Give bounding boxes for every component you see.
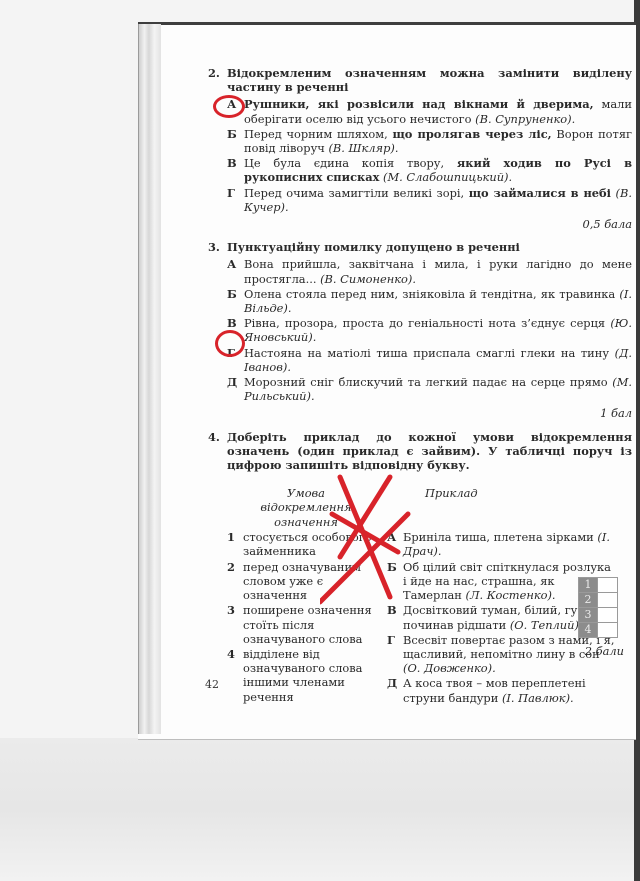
column-header-example: Приклад	[425, 486, 478, 500]
question-number: 4.	[208, 430, 220, 444]
answer-cell[interactable]	[597, 608, 617, 622]
column-header-condition: Умова відокремлення означення	[241, 486, 371, 529]
option-g[interactable]: Г Настояна на матіолі тиша приспала смаг…	[227, 346, 632, 374]
question-2: 2. Відокремленим означенням можна заміни…	[208, 66, 632, 231]
condition-item: 1стосується особового займенника	[227, 530, 379, 558]
answer-row: 3	[579, 608, 617, 623]
answer-cell[interactable]	[597, 593, 617, 607]
condition-item: 4відділене від означуваного слова іншими…	[227, 647, 379, 704]
answer-cell[interactable]	[597, 578, 617, 592]
page-number: 42	[205, 678, 219, 691]
answer-cell[interactable]	[597, 623, 617, 637]
question-score: 0,5 бала	[227, 217, 632, 231]
conditions-list: 1стосується особового займенника 2перед …	[227, 530, 379, 704]
example-item: АБриніла тиша, плетена зірками (І. Драч)…	[387, 530, 615, 558]
condition-item: 2перед означуваним словом уже є означенн…	[227, 560, 379, 603]
book-spine	[138, 24, 161, 734]
option-b[interactable]: Б Перед чорним шляхом, що пролягав через…	[227, 127, 632, 155]
question-prompt: Доберіть приклад до кожної умови відокре…	[227, 430, 632, 473]
question-prompt: Пунктуаційну помилку допущено в реченні	[227, 240, 632, 254]
question-3: 3. Пунктуаційну помилку допущено в речен…	[208, 240, 632, 420]
question-score: 1 бал	[227, 406, 632, 420]
question-4: 4. Доберіть приклад до кожної умови відо…	[208, 430, 632, 721]
question-score: 2 бали	[560, 644, 624, 658]
option-v[interactable]: В Це була єдина копія твору, який ходив …	[227, 156, 632, 184]
option-d[interactable]: Д Морозний сніг блискучий та легкий пада…	[227, 375, 632, 403]
question-number: 2.	[208, 66, 220, 80]
example-item: ДА коса твоя – мов переплетені струни ба…	[387, 676, 615, 704]
page-content: 2. Відокремленим означенням можна заміни…	[208, 66, 632, 720]
answer-row: 1	[579, 578, 617, 593]
option-b[interactable]: Б Олена стояла перед ним, зніяковіла й т…	[227, 287, 632, 315]
answer-grid: 1 2 3 4	[578, 577, 618, 638]
answer-row: 4	[579, 623, 617, 637]
option-a[interactable]: А Рушники, які розвісили над вікнами й д…	[227, 97, 632, 125]
question-prompt: Відокремленим означенням можна замінити …	[227, 66, 632, 94]
background-surface	[0, 738, 640, 881]
option-g[interactable]: Г Перед очима замигтіли великі зорі, що …	[227, 186, 632, 214]
option-v[interactable]: В Рівна, прозора, проста до геніальності…	[227, 316, 632, 344]
condition-item: 3поширене означення стоїть після означув…	[227, 603, 379, 646]
question-number: 3.	[208, 240, 220, 254]
option-a[interactable]: А Вона прийшла, заквітчана і мила, і рук…	[227, 257, 632, 285]
answer-row: 2	[579, 593, 617, 608]
